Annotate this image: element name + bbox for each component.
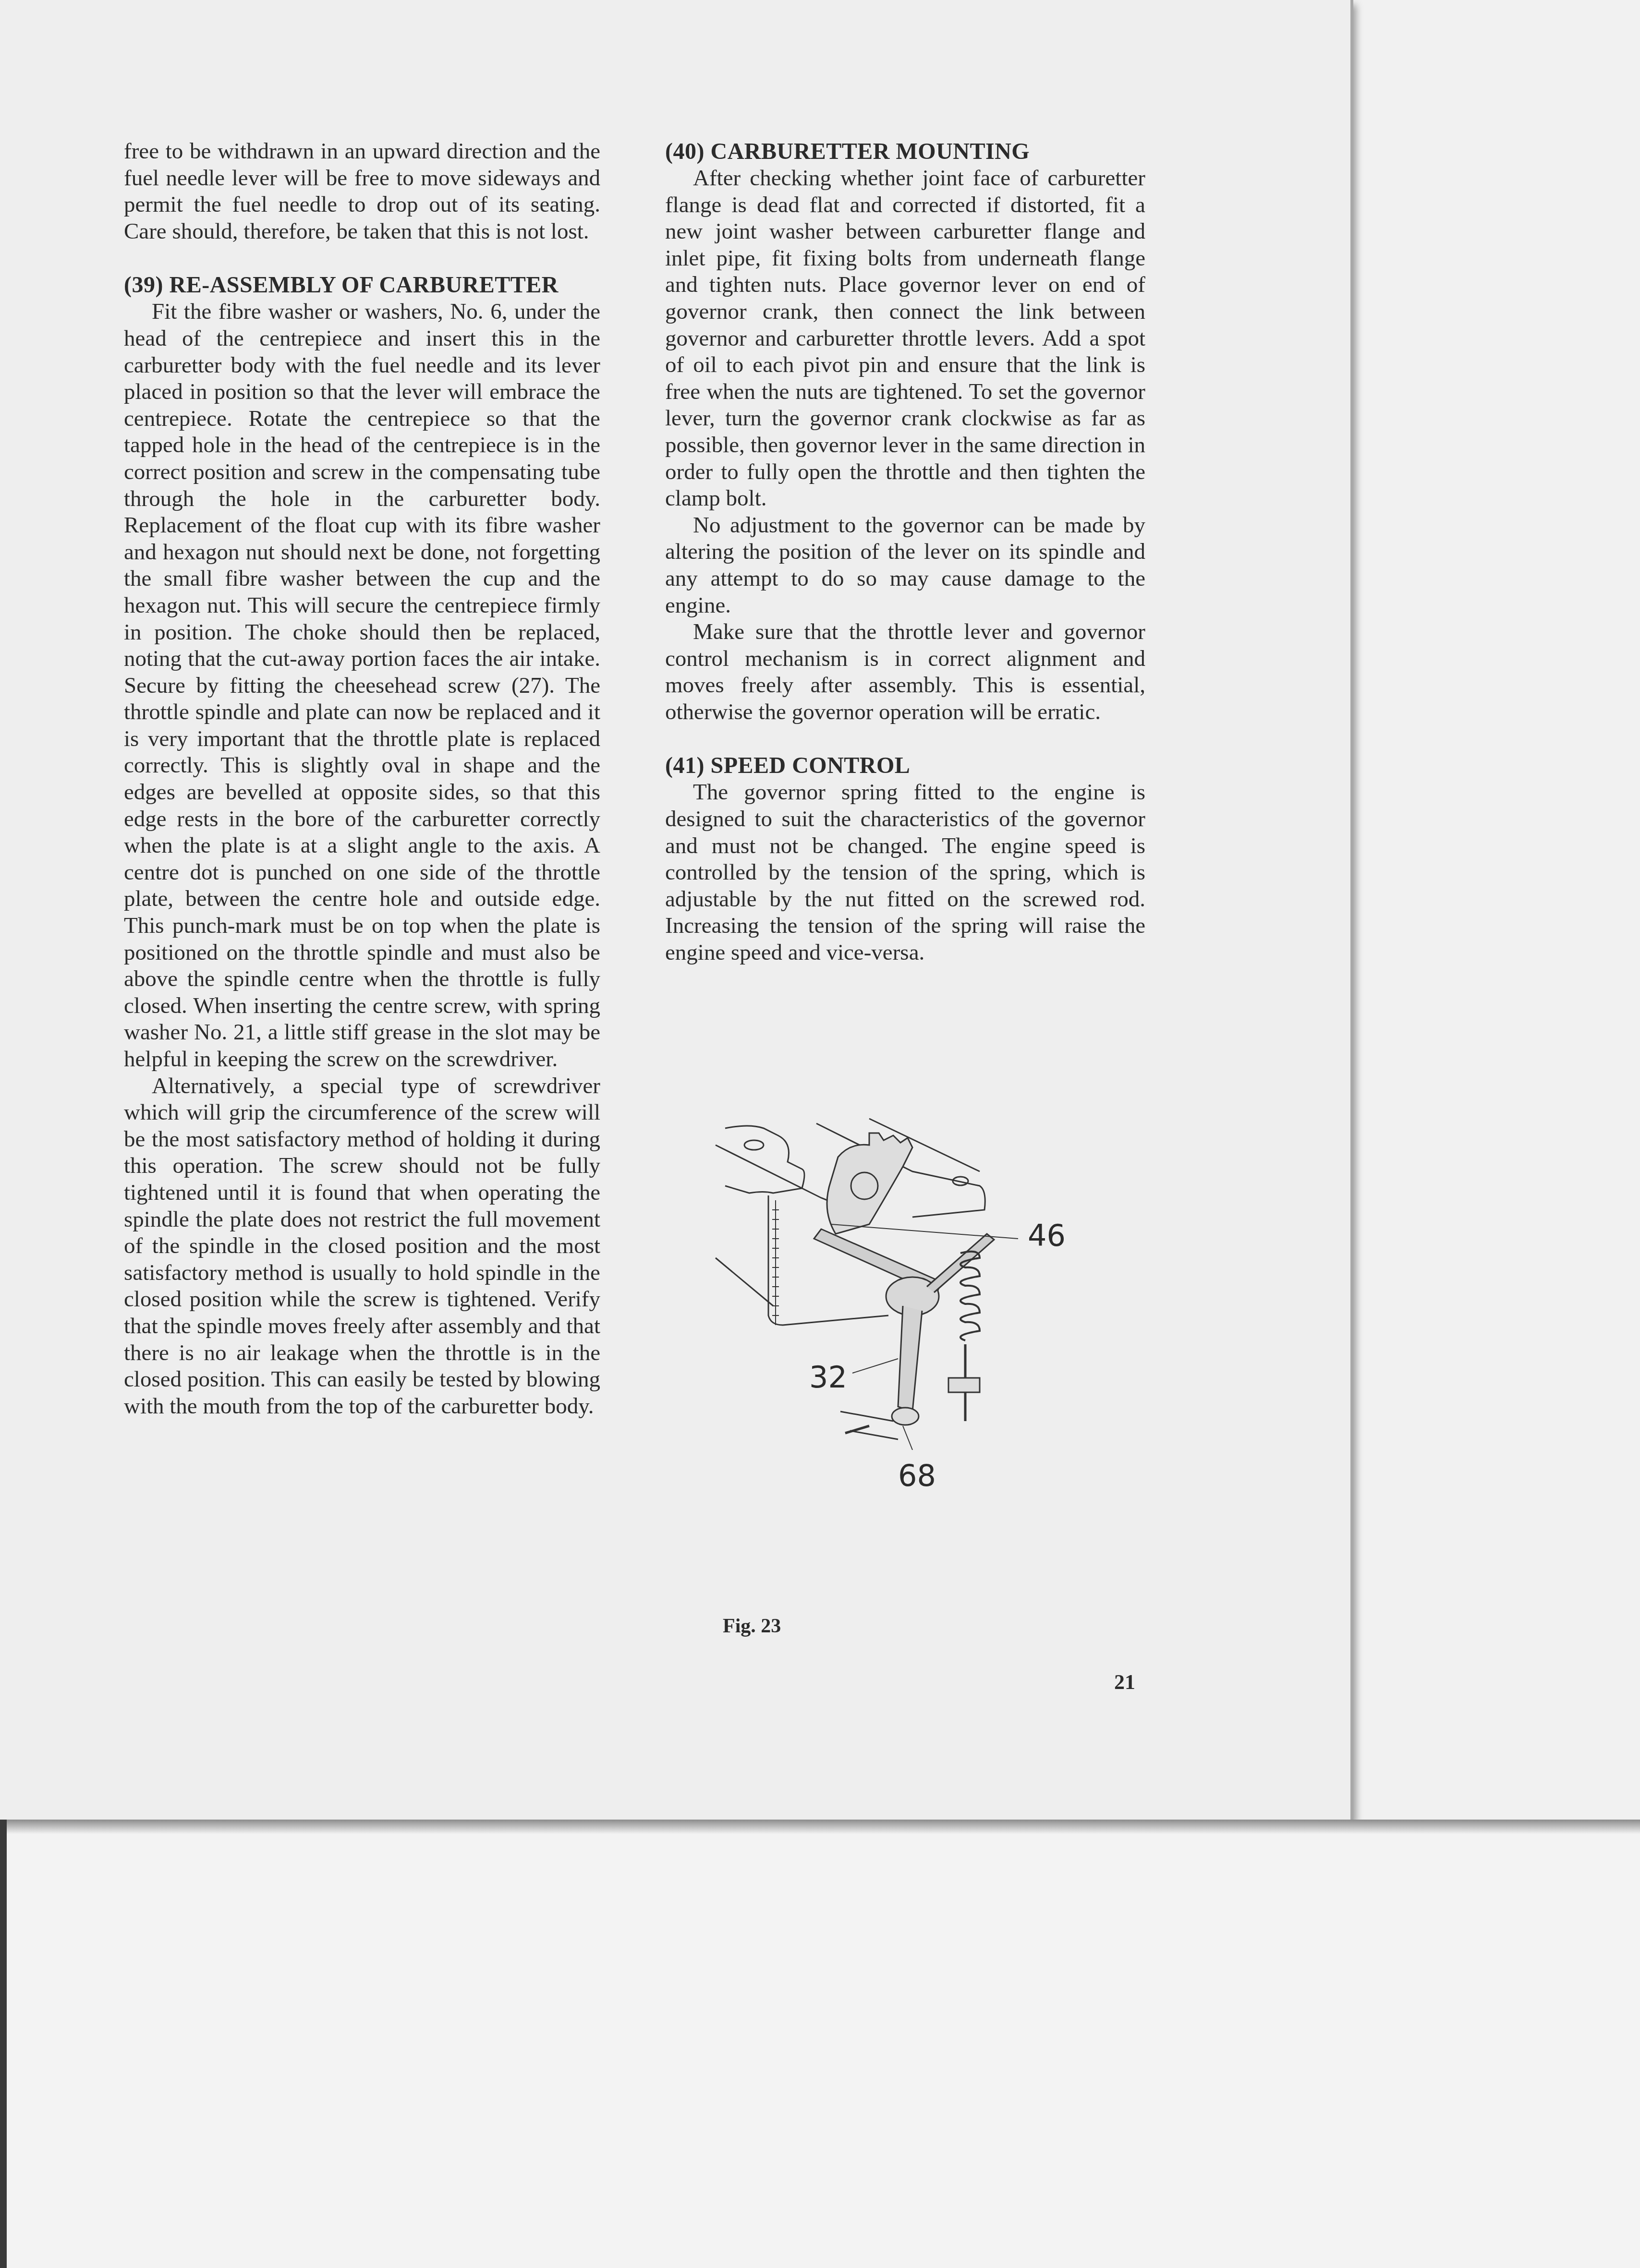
section-39-paragraph: Fit the fibre washer or washers, No. 6, … xyxy=(124,299,600,1073)
section-40-paragraph: Make sure that the throttle lever and go… xyxy=(665,619,1145,725)
right-column: (40) CARBURETTER MOUNTING After checking… xyxy=(665,138,1145,966)
underlying-page xyxy=(0,1820,1640,2268)
section-39-heading: (39) RE-ASSEMBLY OF CARBURETTER xyxy=(124,272,600,299)
section-41-paragraph: The governor spring fitted to the engine… xyxy=(665,779,1145,966)
callout-32: 32 xyxy=(809,1360,847,1395)
callout-68: 68 xyxy=(898,1458,936,1493)
section-40-paragraph: After checking whether joint face of car… xyxy=(665,165,1145,512)
intro-paragraph: free to be withdrawn in an upward direct… xyxy=(124,138,600,245)
manual-page: free to be withdrawn in an upward direct… xyxy=(0,0,1353,1820)
section-40-paragraph: No adjustment to the governor can be mad… xyxy=(665,512,1145,619)
page-number: 21 xyxy=(1114,1670,1135,1694)
section-40-heading: (40) CARBURETTER MOUNTING xyxy=(665,138,1145,165)
left-column: free to be withdrawn in an upward direct… xyxy=(124,138,600,1420)
figure-caption: Fig. 23 xyxy=(723,1615,781,1638)
section-39-paragraph: Alternatively, a special type of screwdr… xyxy=(124,1073,600,1420)
governor-linkage-illustration: 46 32 68 xyxy=(711,1114,1143,1623)
scan-edge-shadow xyxy=(0,1820,7,2268)
callout-46: 46 xyxy=(1028,1218,1066,1253)
section-41-heading: (41) SPEED CONTROL xyxy=(665,752,1145,779)
